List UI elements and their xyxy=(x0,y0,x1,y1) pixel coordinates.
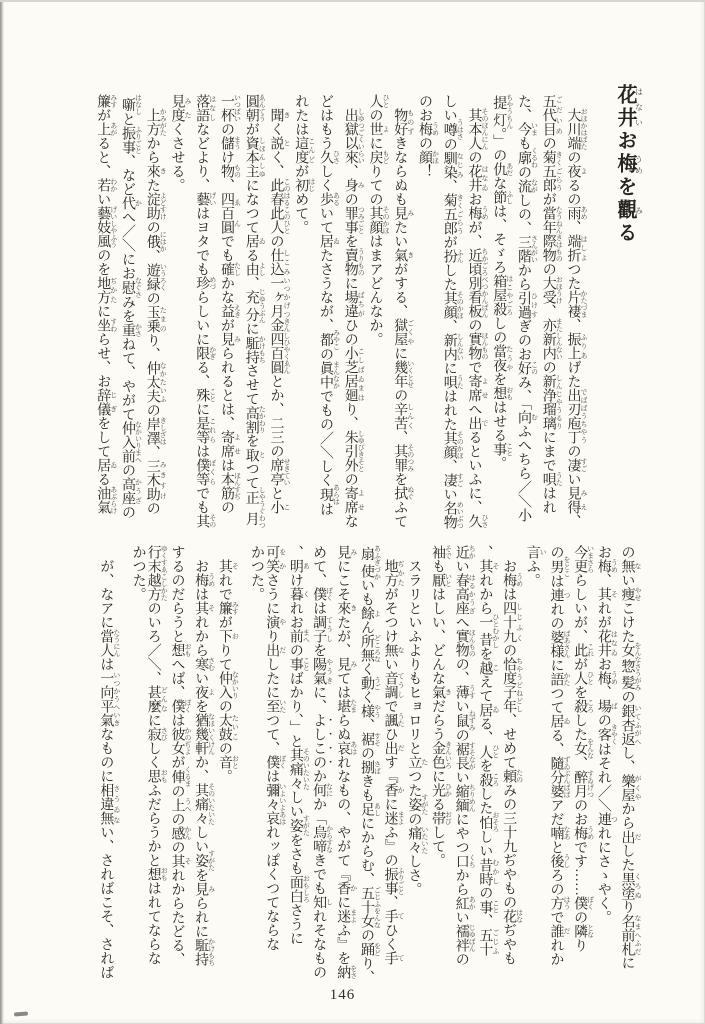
text-column: するのだらうと想おもへば、僕ぼくは彼女かのぢよが俥くるまの上うへの感かんの其それ… xyxy=(168,545,192,985)
text-column: 今更いまさららしいが、此これが人ひとを殺ころした女をんな、醉月すゐげつのお梅うめ… xyxy=(571,545,595,985)
text-column: 、其それから一昔ひとむかしを越こえて居ゐる、人ひとを殺ころした怕おそろしい昔時む… xyxy=(476,545,500,985)
text-column: 五代目ごだいめの菊五郎きくごらうが當年際物たうねんきはものの大受おほうけ、亦新内… xyxy=(539,94,564,532)
text-column: 出獄以來しゆつごくいらい、身みの罪事つみごとを賣物うりものに場違ばちがひの小芝居… xyxy=(341,94,366,532)
text-column: 一杯いつぱいの儲まうけ物もの、四百圓ゑんでも確たしかな益えきが見みられるとは、寄… xyxy=(217,94,242,532)
text-column: が、なアに當人たうにんは一向平氣いつかうへいきなものに相違無さうゐない、さればこ… xyxy=(97,545,121,985)
text-column: 大川端おほかはばたの夜よるの雨あめ、端折はしよつた片褄かたづま、振上ふりあげた出… xyxy=(563,94,588,532)
scan-artifact xyxy=(14,1012,28,1017)
text-column: 扇使あふぎづかいも餘よん所無どころなく動うごく様やう、裾すその捌さばきも足あしに… xyxy=(358,545,382,985)
text-column: 人ひとの世よに戻もどりての其顔そのかほはまアどんなか。 xyxy=(365,94,390,532)
text-column: 近ちかい春高座はるかうざへ實物ほんものの、薄うすい鼠ねずみの裾長すそながい縮緬ち… xyxy=(453,545,477,985)
text-column: どはもう久ひさしく歩あるいて居ゐたさうなが、都みやこの眞中まんなかでもの／＼しく… xyxy=(316,94,341,532)
scan-edge-line xyxy=(0,0,705,2)
text-column: 其本人そのほんにんの花井はなゐお梅うめが、近頃別看板ちかごろべつかんばんの實物ほ… xyxy=(464,94,489,532)
bottom-text-block: の無ない痩やせこけた女惣髪をんなさうがみの銀杏返いてふがへし、樂屋がくやから出だ… xyxy=(97,545,642,985)
page-number: 146 xyxy=(0,987,685,1004)
text-column: 圓朝ゑんてうが資本主しほんしゆになつて居ゐる由よし、充分じゆうぶんに駈持かけもち… xyxy=(242,94,267,532)
text-column: 物好ものずきならぬも見みたい氣きがする、獄屋ごくやに幾年いくとせの辛苦しんく、其… xyxy=(390,94,415,532)
text-column: の男をとこは連つれの婆様ばあさんに語かたつて居ゐる、隨分婆ずゐぶんばばアだ喃なあ… xyxy=(547,545,571,985)
text-column: かつた。 xyxy=(121,545,145,985)
text-column: 噺はなしと振事ふりごと、など代かへ／＼にお慰なぐさみを重かさねて、やがて仲入前な… xyxy=(118,94,143,532)
text-column: 聞きく説とく、此春此人このはるこのひとの仕込しこみ一ヶ月いつかげつ金四百圓きんし… xyxy=(266,94,291,532)
text-column: 可笑をかさうに演やり出だしたに至いたつて、僕ぼくは彌々哀いよいよあはれッぽくつて… xyxy=(263,545,287,985)
text-column: のお梅うめの顔かほ！ xyxy=(415,94,440,532)
text-column: めて、僕ぼくは調子てうしを陽氣やうきに、よしこのか何なにか「烏啼からすなきでも知… xyxy=(310,545,334,985)
text-column: お梅うめは其それから寒さむい夜よを猶幾軒なほいくけんか、其痛々そのいたいたしい姿… xyxy=(192,545,216,985)
emphasized-text: よしこの xyxy=(311,713,326,769)
text-column: 簾みすが上あがると、若わかい藝妓風げいしやふうのを地方ぢかたに坐すわらせ、お辞儀… xyxy=(93,94,118,532)
text-column: 落語はなしなどより、藝げいはヨタでも珍めづらしいに限かぎる、殊ことに是等これらは… xyxy=(192,94,217,532)
text-column: 見度みたくさせる。 xyxy=(167,94,192,532)
text-column: 言いふ。 xyxy=(524,545,548,985)
text-column: れたは這度こんどが初はじめて。 xyxy=(291,94,316,532)
text-column: かつた。 xyxy=(239,545,263,985)
text-column: 提灯ちやうちん。」の仇あだな節ふしは、そゞろ箱屋殺はこやごろしの當夜たうやを想お… xyxy=(489,94,514,532)
text-column: 行末越方ゆくすゑこしかたのいろ／＼、甚麼どんなに寂さびしく思おもふだらうかと想お… xyxy=(145,545,169,985)
text-column: お梅うめ、其それが花井はなゐお梅うめ、場ばの客きやくはそれ／＼連つれにさゝやく。 xyxy=(595,545,619,985)
text-column: お梅うめは四十九しじふくの恰度子年ちやうどねどし、せめて頼たのみの三十九ぢやもの… xyxy=(500,545,524,985)
text-column: 、明あけ暮くれお前まへの事ことばかり、」と其痛々そのいたいたしい姿すがたをさも面… xyxy=(287,545,311,985)
text-column: た、今いまも廓くるわの流ながしの、三階さんがいから引過ひけすぎのお好このみ、「向… xyxy=(514,94,539,532)
text-column: 見みにこそ來きたが、見みては堪たまらぬ哀あはれなもの、やがて『香かに迷まよふ』を… xyxy=(334,545,358,985)
text-column: スラリといふよりもヒョロリと立たつた姿すがたの痛々いたいたしさ。 xyxy=(405,545,429,985)
document-title: 花井はないお梅うめを觀みる xyxy=(615,84,643,245)
scan-edge-shadow xyxy=(0,0,4,1024)
text-column: 地方ぢかたがそつけ無ない音調てうしで諷うたひ出だす『香かに迷まよふ』の振事ふりご… xyxy=(381,545,405,985)
text-column: しい噂うはさの馴染なじみ、菊五郎きくごらうが扮ふんした其顔そのかほ、新内しんない… xyxy=(440,94,465,532)
text-column: 上方かみがたから來きた淀助よどすけの俄にはか、遊緑いうろくの玉乗たまのり、仲太夫… xyxy=(143,94,168,532)
top-text-block: 大川端おほかはばたの夜よるの雨あめ、端折はしよつた片褄かたづま、振上ふりあげた出… xyxy=(93,94,588,532)
text-column: の無ない痩やせこけた女惣髪をんなさうがみの銀杏返いてふがへし、樂屋がくやから出だ… xyxy=(618,545,642,985)
text-column: 袖そでも厭いとはしい、どんな氣きだらう金色きんいろに光ひかる帯おびして。 xyxy=(429,545,453,985)
book-page: 花井はないお梅うめを觀みる 大川端おほかはばたの夜よるの雨あめ、端折はしよつた片… xyxy=(0,0,705,1024)
text-column: 其それで簾みすが下おりて仲入なかいりの太鼓たいこの音おと。 xyxy=(216,545,240,985)
